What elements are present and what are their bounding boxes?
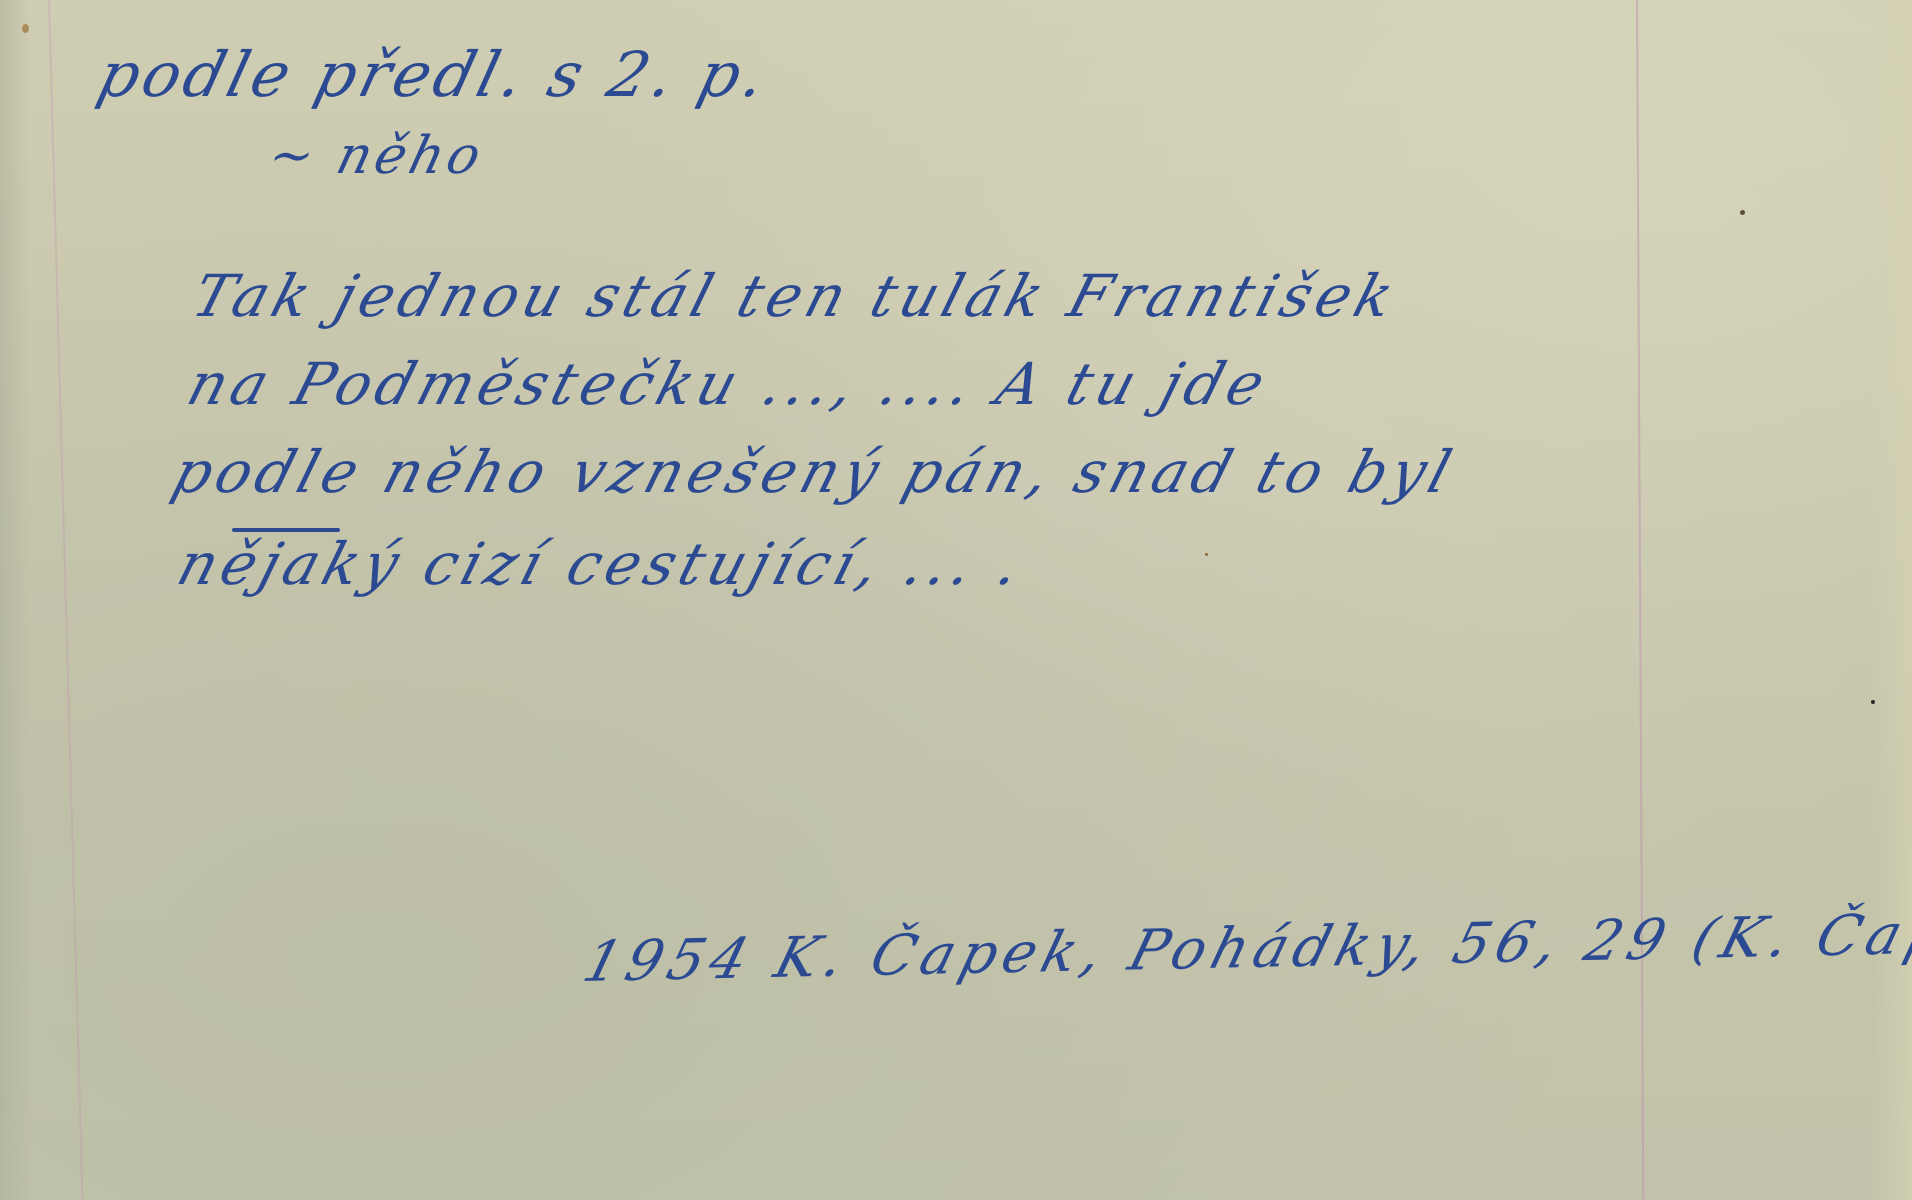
headword: podle předl. s 2. p.: [91, 38, 777, 111]
paper-speck: [1871, 700, 1875, 704]
example-line-4: nějaký cizí cestující, ... .: [170, 530, 1033, 598]
paper-stain: [22, 24, 29, 33]
paper-left-edge-shadow: [0, 0, 30, 1200]
example-line-1: Tak jednou stál ten tulák František: [185, 262, 1406, 330]
example-line-3: podle něho vznešený pán, snad to byl: [165, 438, 1463, 506]
paper-speck: [1205, 553, 1208, 556]
paper-speck: [1740, 210, 1745, 215]
example-line-2: na Podměstečku ..., .... A tu jde: [180, 350, 1277, 418]
headword-variant: ~ něho: [263, 126, 491, 186]
paper-right-edge-highlight: [1872, 0, 1912, 1200]
